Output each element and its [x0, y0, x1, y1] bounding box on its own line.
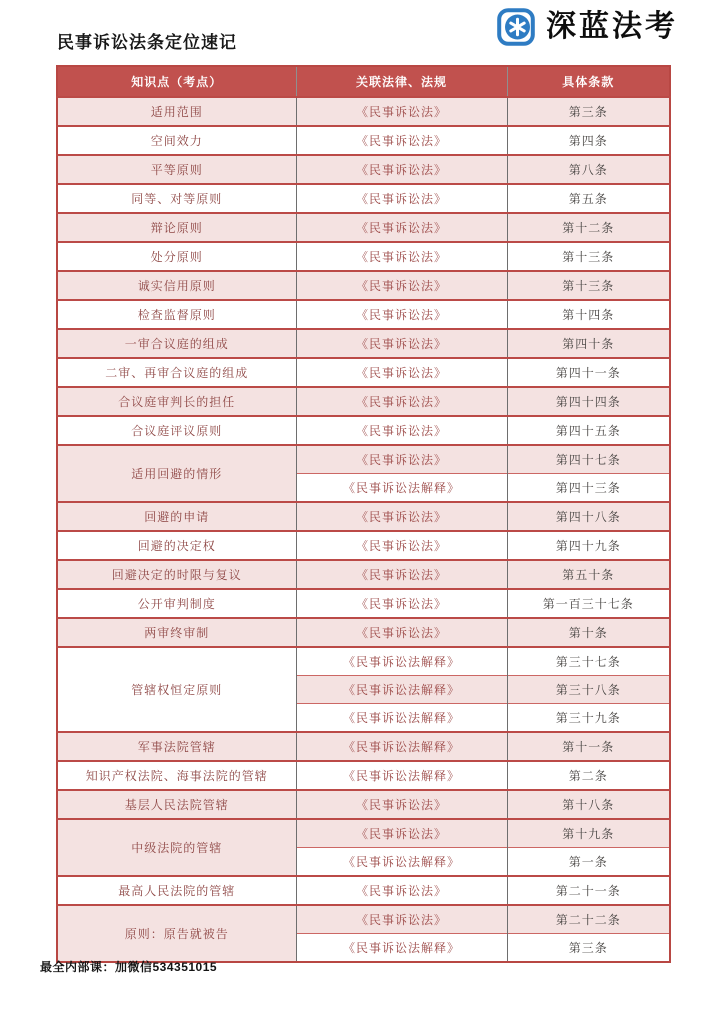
table-row: 回避决定的时限与复议《民事诉讼法》第五十条 — [57, 560, 670, 589]
knowledge-point-cell: 检查监督原则 — [57, 300, 296, 329]
article-cell: 第四十八条 — [507, 502, 670, 531]
knowledge-point-cell: 基层人民法院管辖 — [57, 790, 296, 819]
article-cell: 第四十九条 — [507, 531, 670, 560]
law-cell: 《民事诉讼法》 — [296, 126, 507, 155]
article-cell: 第五十条 — [507, 560, 670, 589]
table-row: 同等、对等原则《民事诉讼法》第五条 — [57, 184, 670, 213]
law-cell: 《民事诉讼法》 — [296, 531, 507, 560]
article-cell: 第二条 — [507, 761, 670, 790]
article-cell: 第十二条 — [507, 213, 670, 242]
law-cell: 《民事诉讼法》 — [296, 560, 507, 589]
table-row: 空间效力《民事诉讼法》第四条 — [57, 126, 670, 155]
law-cell: 《民事诉讼法解释》 — [296, 647, 507, 676]
knowledge-point-cell: 合议庭审判长的担任 — [57, 387, 296, 416]
article-cell: 第十四条 — [507, 300, 670, 329]
article-cell: 第四十条 — [507, 329, 670, 358]
article-cell: 第五条 — [507, 184, 670, 213]
law-cell: 《民事诉讼法》 — [296, 589, 507, 618]
table-row: 平等原则《民事诉讼法》第八条 — [57, 155, 670, 184]
table-row: 最高人民法院的管辖《民事诉讼法》第二十一条 — [57, 876, 670, 905]
law-cell: 《民事诉讼法解释》 — [296, 474, 507, 503]
article-cell: 第四十七条 — [507, 445, 670, 474]
table-row: 适用范围《民事诉讼法》第三条 — [57, 97, 670, 126]
knowledge-point-cell: 公开审判制度 — [57, 589, 296, 618]
knowledge-point-cell: 适用回避的情形 — [57, 445, 296, 502]
document-page: 民事诉讼法条定位速记 深蓝法考 知识点（考点） 关联法律、法规 具体条款 适用范… — [0, 0, 724, 1024]
knowledge-point-cell: 平等原则 — [57, 155, 296, 184]
law-cell: 《民事诉讼法》 — [296, 790, 507, 819]
knowledge-point-cell: 军事法院管辖 — [57, 732, 296, 761]
knowledge-point-cell: 回避决定的时限与复议 — [57, 560, 296, 589]
law-cell: 《民事诉讼法》 — [296, 445, 507, 474]
law-cell: 《民事诉讼法》 — [296, 618, 507, 647]
law-cell: 《民事诉讼法》 — [296, 300, 507, 329]
law-cell: 《民事诉讼法解释》 — [296, 676, 507, 704]
table-row: 二审、再审合议庭的组成《民事诉讼法》第四十一条 — [57, 358, 670, 387]
header-related-law: 关联法律、法规 — [296, 66, 507, 97]
article-cell: 第二十二条 — [507, 905, 670, 934]
law-cell: 《民事诉讼法》 — [296, 329, 507, 358]
article-cell: 第四十四条 — [507, 387, 670, 416]
table-row: 回避的申请《民事诉讼法》第四十八条 — [57, 502, 670, 531]
article-cell: 第四十五条 — [507, 416, 670, 445]
article-cell: 第三条 — [507, 97, 670, 126]
knowledge-point-cell: 原则：原告就被告 — [57, 905, 296, 962]
knowledge-point-cell: 适用范围 — [57, 97, 296, 126]
article-cell: 第十条 — [507, 618, 670, 647]
table-row: 合议庭评议原则《民事诉讼法》第四十五条 — [57, 416, 670, 445]
law-cell: 《民事诉讼法》 — [296, 387, 507, 416]
article-cell: 第一百三十七条 — [507, 589, 670, 618]
article-cell: 第三条 — [507, 934, 670, 963]
table-row: 知识产权法院、海事法院的管辖《民事诉讼法解释》第二条 — [57, 761, 670, 790]
article-cell: 第二十一条 — [507, 876, 670, 905]
law-cell: 《民事诉讼法解释》 — [296, 934, 507, 963]
article-cell: 第十九条 — [507, 819, 670, 848]
knowledge-point-cell: 中级法院的管辖 — [57, 819, 296, 876]
footer-note: 最全内部课：加微信534351015 — [40, 958, 217, 975]
article-cell: 第四条 — [507, 126, 670, 155]
knowledge-point-cell: 同等、对等原则 — [57, 184, 296, 213]
table-row: 公开审判制度《民事诉讼法》第一百三十七条 — [57, 589, 670, 618]
header-specific-article: 具体条款 — [507, 66, 670, 97]
article-cell: 第十三条 — [507, 271, 670, 300]
article-cell: 第三十九条 — [507, 704, 670, 733]
law-cell: 《民事诉讼法解释》 — [296, 732, 507, 761]
law-cell: 《民事诉讼法》 — [296, 416, 507, 445]
law-cell: 《民事诉讼法解释》 — [296, 761, 507, 790]
article-cell: 第三十七条 — [507, 647, 670, 676]
table-row: 合议庭审判长的担任《民事诉讼法》第四十四条 — [57, 387, 670, 416]
knowledge-point-cell: 回避的申请 — [57, 502, 296, 531]
law-cell: 《民事诉讼法解释》 — [296, 848, 507, 877]
article-cell: 第十一条 — [507, 732, 670, 761]
brand-logo: 深蓝法考 — [497, 8, 678, 46]
knowledge-point-cell: 一审合议庭的组成 — [57, 329, 296, 358]
table-row: 两审终审制《民事诉讼法》第十条 — [57, 618, 670, 647]
knowledge-point-cell: 回避的决定权 — [57, 531, 296, 560]
law-cell: 《民事诉讼法》 — [296, 97, 507, 126]
knowledge-point-cell: 合议庭评议原则 — [57, 416, 296, 445]
article-cell: 第四十一条 — [507, 358, 670, 387]
header-knowledge-point: 知识点（考点） — [57, 66, 296, 97]
knowledge-point-cell: 两审终审制 — [57, 618, 296, 647]
knowledge-point-cell: 空间效力 — [57, 126, 296, 155]
article-cell: 第四十三条 — [507, 474, 670, 503]
table-row: 军事法院管辖《民事诉讼法解释》第十一条 — [57, 732, 670, 761]
law-cell: 《民事诉讼法》 — [296, 358, 507, 387]
law-cell: 《民事诉讼法》 — [296, 905, 507, 934]
law-locator-table: 知识点（考点） 关联法律、法规 具体条款 适用范围《民事诉讼法》第三条空间效力《… — [56, 65, 671, 963]
table-row: 中级法院的管辖《民事诉讼法》第十九条 — [57, 819, 670, 848]
knowledge-point-cell: 诚实信用原则 — [57, 271, 296, 300]
law-cell: 《民事诉讼法》 — [296, 876, 507, 905]
knowledge-point-cell: 最高人民法院的管辖 — [57, 876, 296, 905]
table-row: 一审合议庭的组成《民事诉讼法》第四十条 — [57, 329, 670, 358]
law-cell: 《民事诉讼法》 — [296, 213, 507, 242]
law-cell: 《民事诉讼法》 — [296, 502, 507, 531]
article-cell: 第十三条 — [507, 242, 670, 271]
table-row: 回避的决定权《民事诉讼法》第四十九条 — [57, 531, 670, 560]
knowledge-point-cell: 管辖权恒定原则 — [57, 647, 296, 732]
knowledge-point-cell: 知识产权法院、海事法院的管辖 — [57, 761, 296, 790]
knowledge-point-cell: 二审、再审合议庭的组成 — [57, 358, 296, 387]
law-cell: 《民事诉讼法》 — [296, 819, 507, 848]
article-cell: 第一条 — [507, 848, 670, 877]
table-row: 处分原则《民事诉讼法》第十三条 — [57, 242, 670, 271]
law-cell: 《民事诉讼法》 — [296, 242, 507, 271]
law-cell: 《民事诉讼法》 — [296, 271, 507, 300]
knowledge-point-cell: 处分原则 — [57, 242, 296, 271]
table-header-row: 知识点（考点） 关联法律、法规 具体条款 — [57, 66, 670, 97]
article-cell: 第八条 — [507, 155, 670, 184]
page-title: 民事诉讼法条定位速记 — [57, 28, 237, 53]
table-row: 诚实信用原则《民事诉讼法》第十三条 — [57, 271, 670, 300]
table-row: 管辖权恒定原则《民事诉讼法解释》第三十七条 — [57, 647, 670, 676]
table-row: 辩论原则《民事诉讼法》第十二条 — [57, 213, 670, 242]
article-cell: 第三十八条 — [507, 676, 670, 704]
table-row: 适用回避的情形《民事诉讼法》第四十七条 — [57, 445, 670, 474]
table-row: 原则：原告就被告《民事诉讼法》第二十二条 — [57, 905, 670, 934]
table-row: 检查监督原则《民事诉讼法》第十四条 — [57, 300, 670, 329]
law-cell: 《民事诉讼法》 — [296, 184, 507, 213]
brand-name: 深蓝法考 — [546, 8, 678, 46]
table-row: 基层人民法院管辖《民事诉讼法》第十八条 — [57, 790, 670, 819]
asterisk-badge-icon — [497, 8, 535, 46]
law-cell: 《民事诉讼法解释》 — [296, 704, 507, 733]
law-cell: 《民事诉讼法》 — [296, 155, 507, 184]
article-cell: 第十八条 — [507, 790, 670, 819]
knowledge-point-cell: 辩论原则 — [57, 213, 296, 242]
